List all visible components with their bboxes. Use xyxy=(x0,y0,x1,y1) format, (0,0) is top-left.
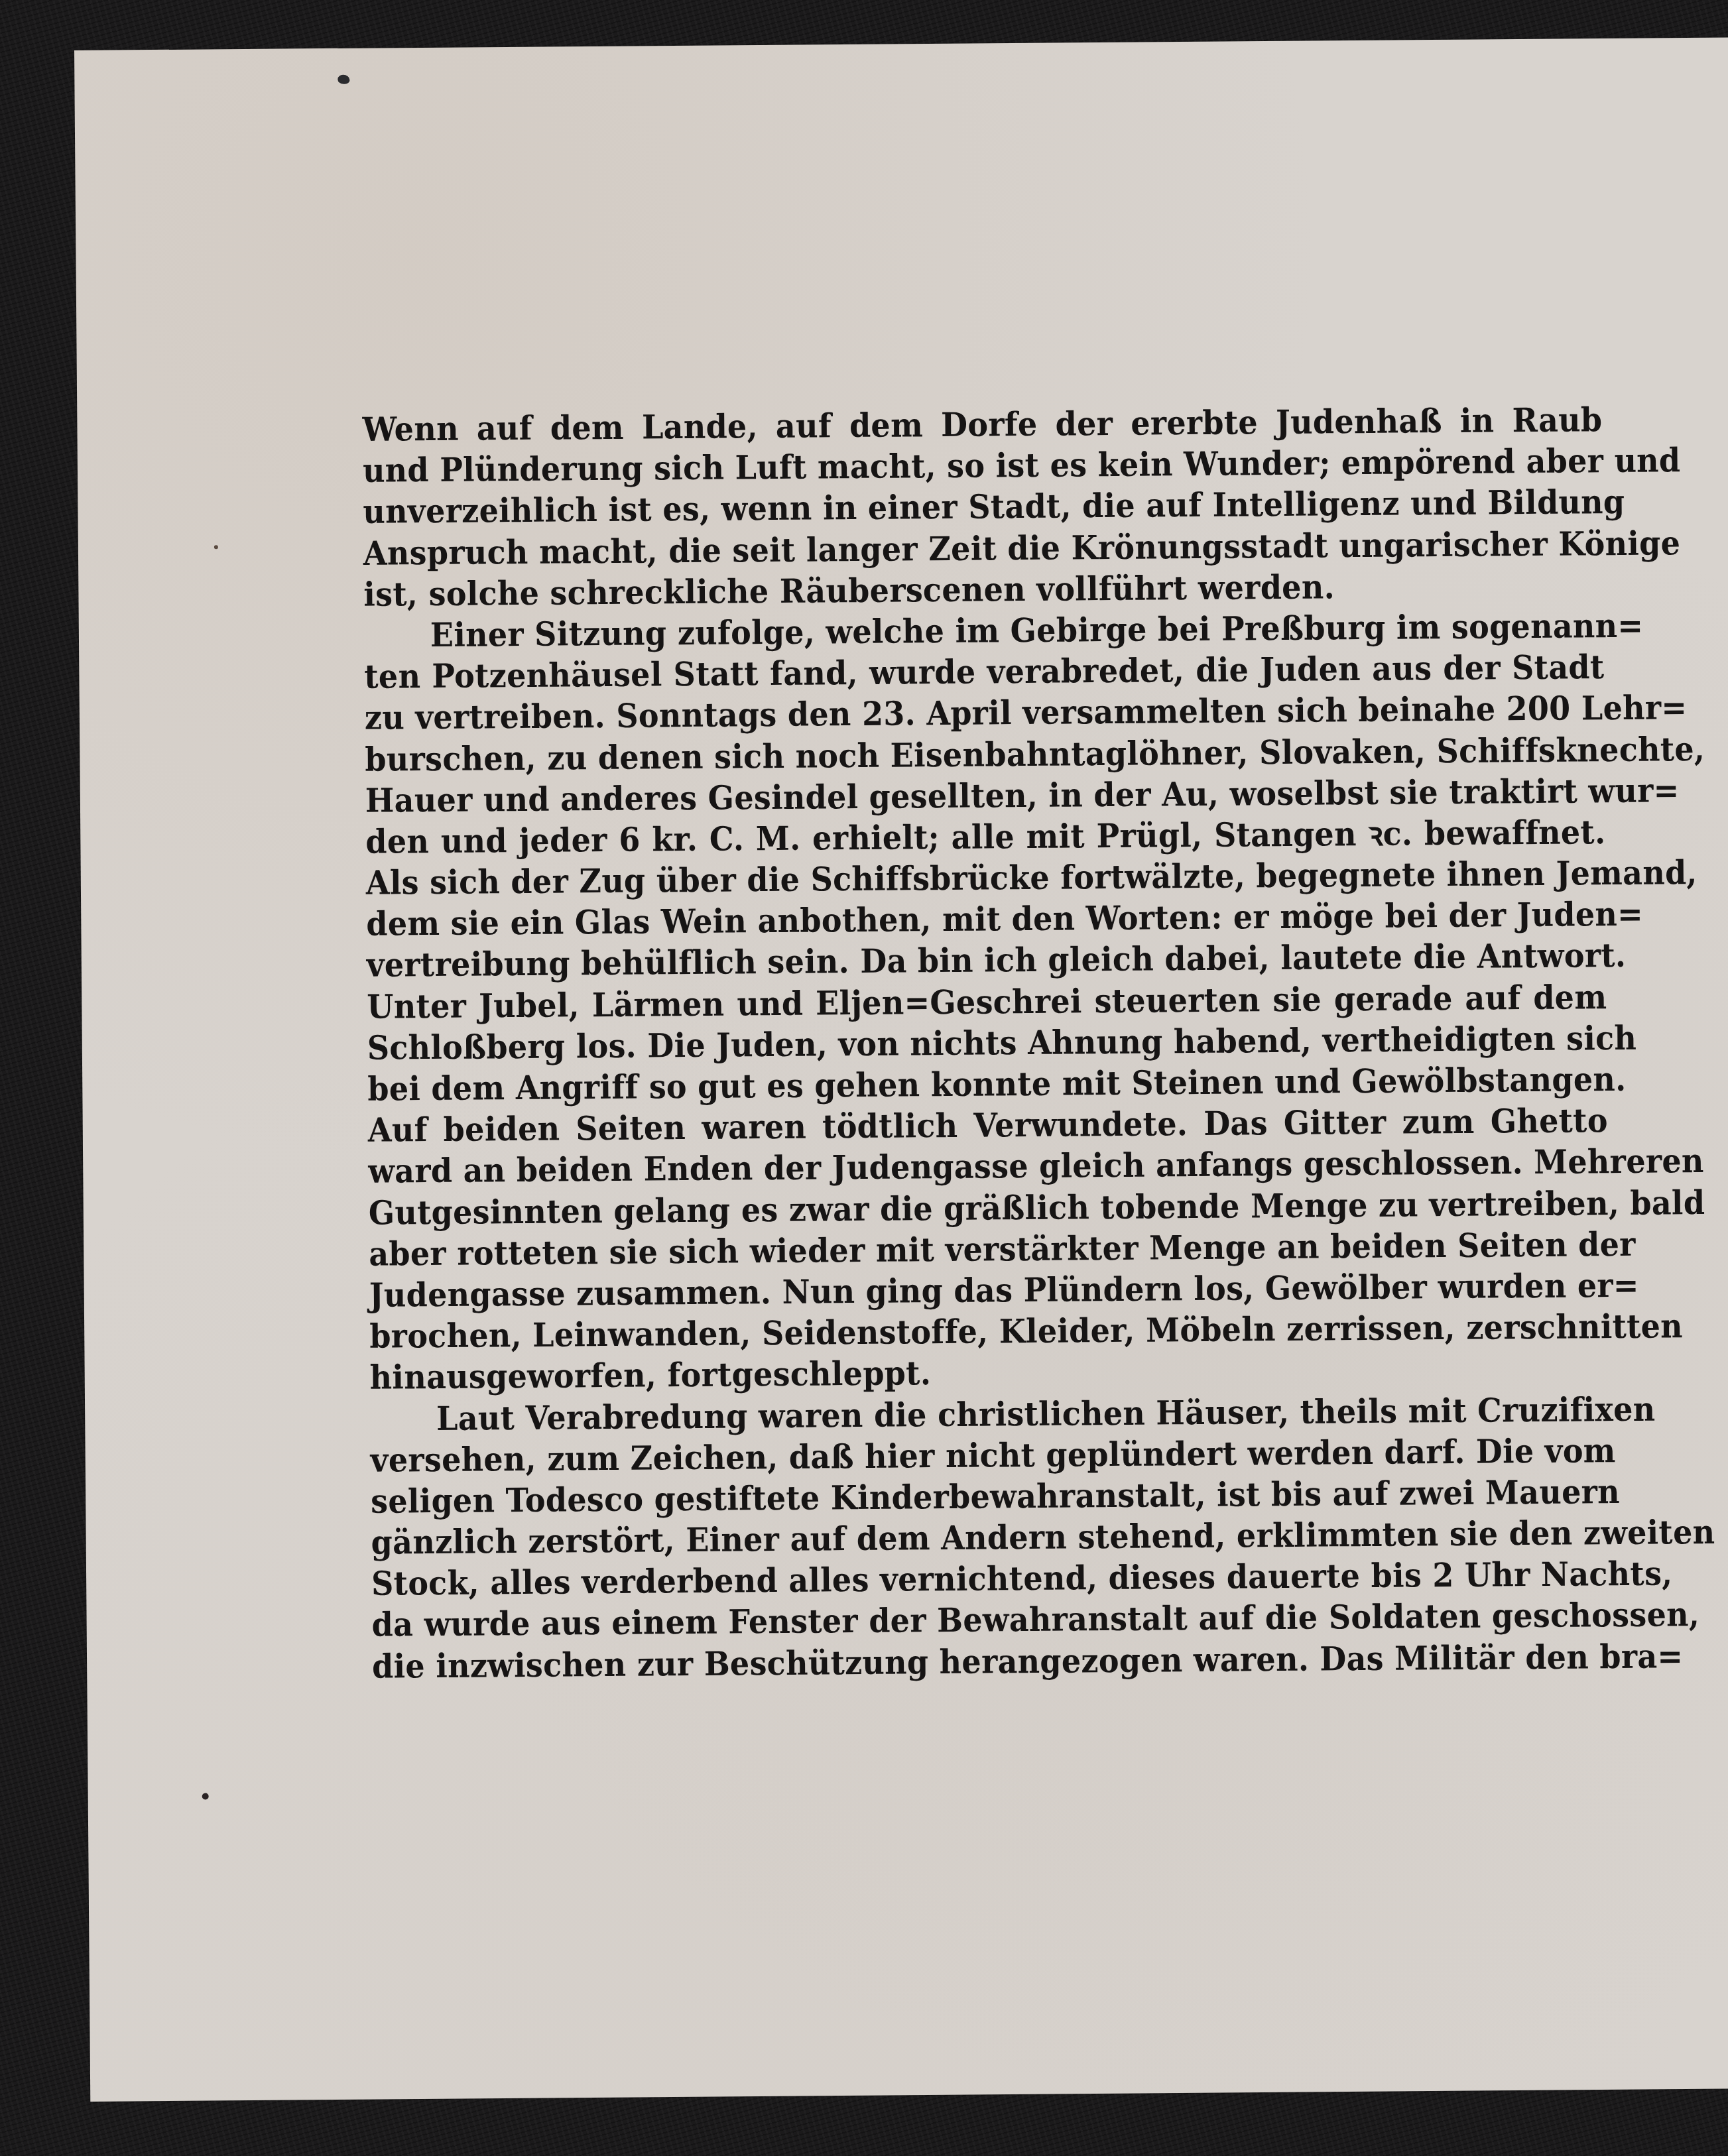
document-page: Wenn auf dem Lande, auf dem Dorfe der er… xyxy=(74,37,1728,2102)
text-line-content: die inzwischen zur Beschützung herangezo… xyxy=(372,1636,1684,1685)
text-line: die inzwischen zur Beschützung herangezo… xyxy=(372,1634,1612,1689)
margin-dot-mark xyxy=(202,1793,209,1799)
text-line-content: hinausgeworfen, fortgeschleppt. xyxy=(370,1354,932,1397)
paragraph-1: Wenn auf dem Lande, auf dem Dorfe der er… xyxy=(362,400,1603,616)
paper-speck-mark xyxy=(214,545,218,549)
ink-blot-mark xyxy=(338,75,349,84)
article-body: Wenn auf dem Lande, auf dem Dorfe der er… xyxy=(362,400,1612,1687)
paragraph-3: Laut Verabredung waren die christlichen … xyxy=(370,1389,1612,1687)
paragraph-2: Einer Sitzung zufolge, welche im Gebirge… xyxy=(364,606,1610,1399)
